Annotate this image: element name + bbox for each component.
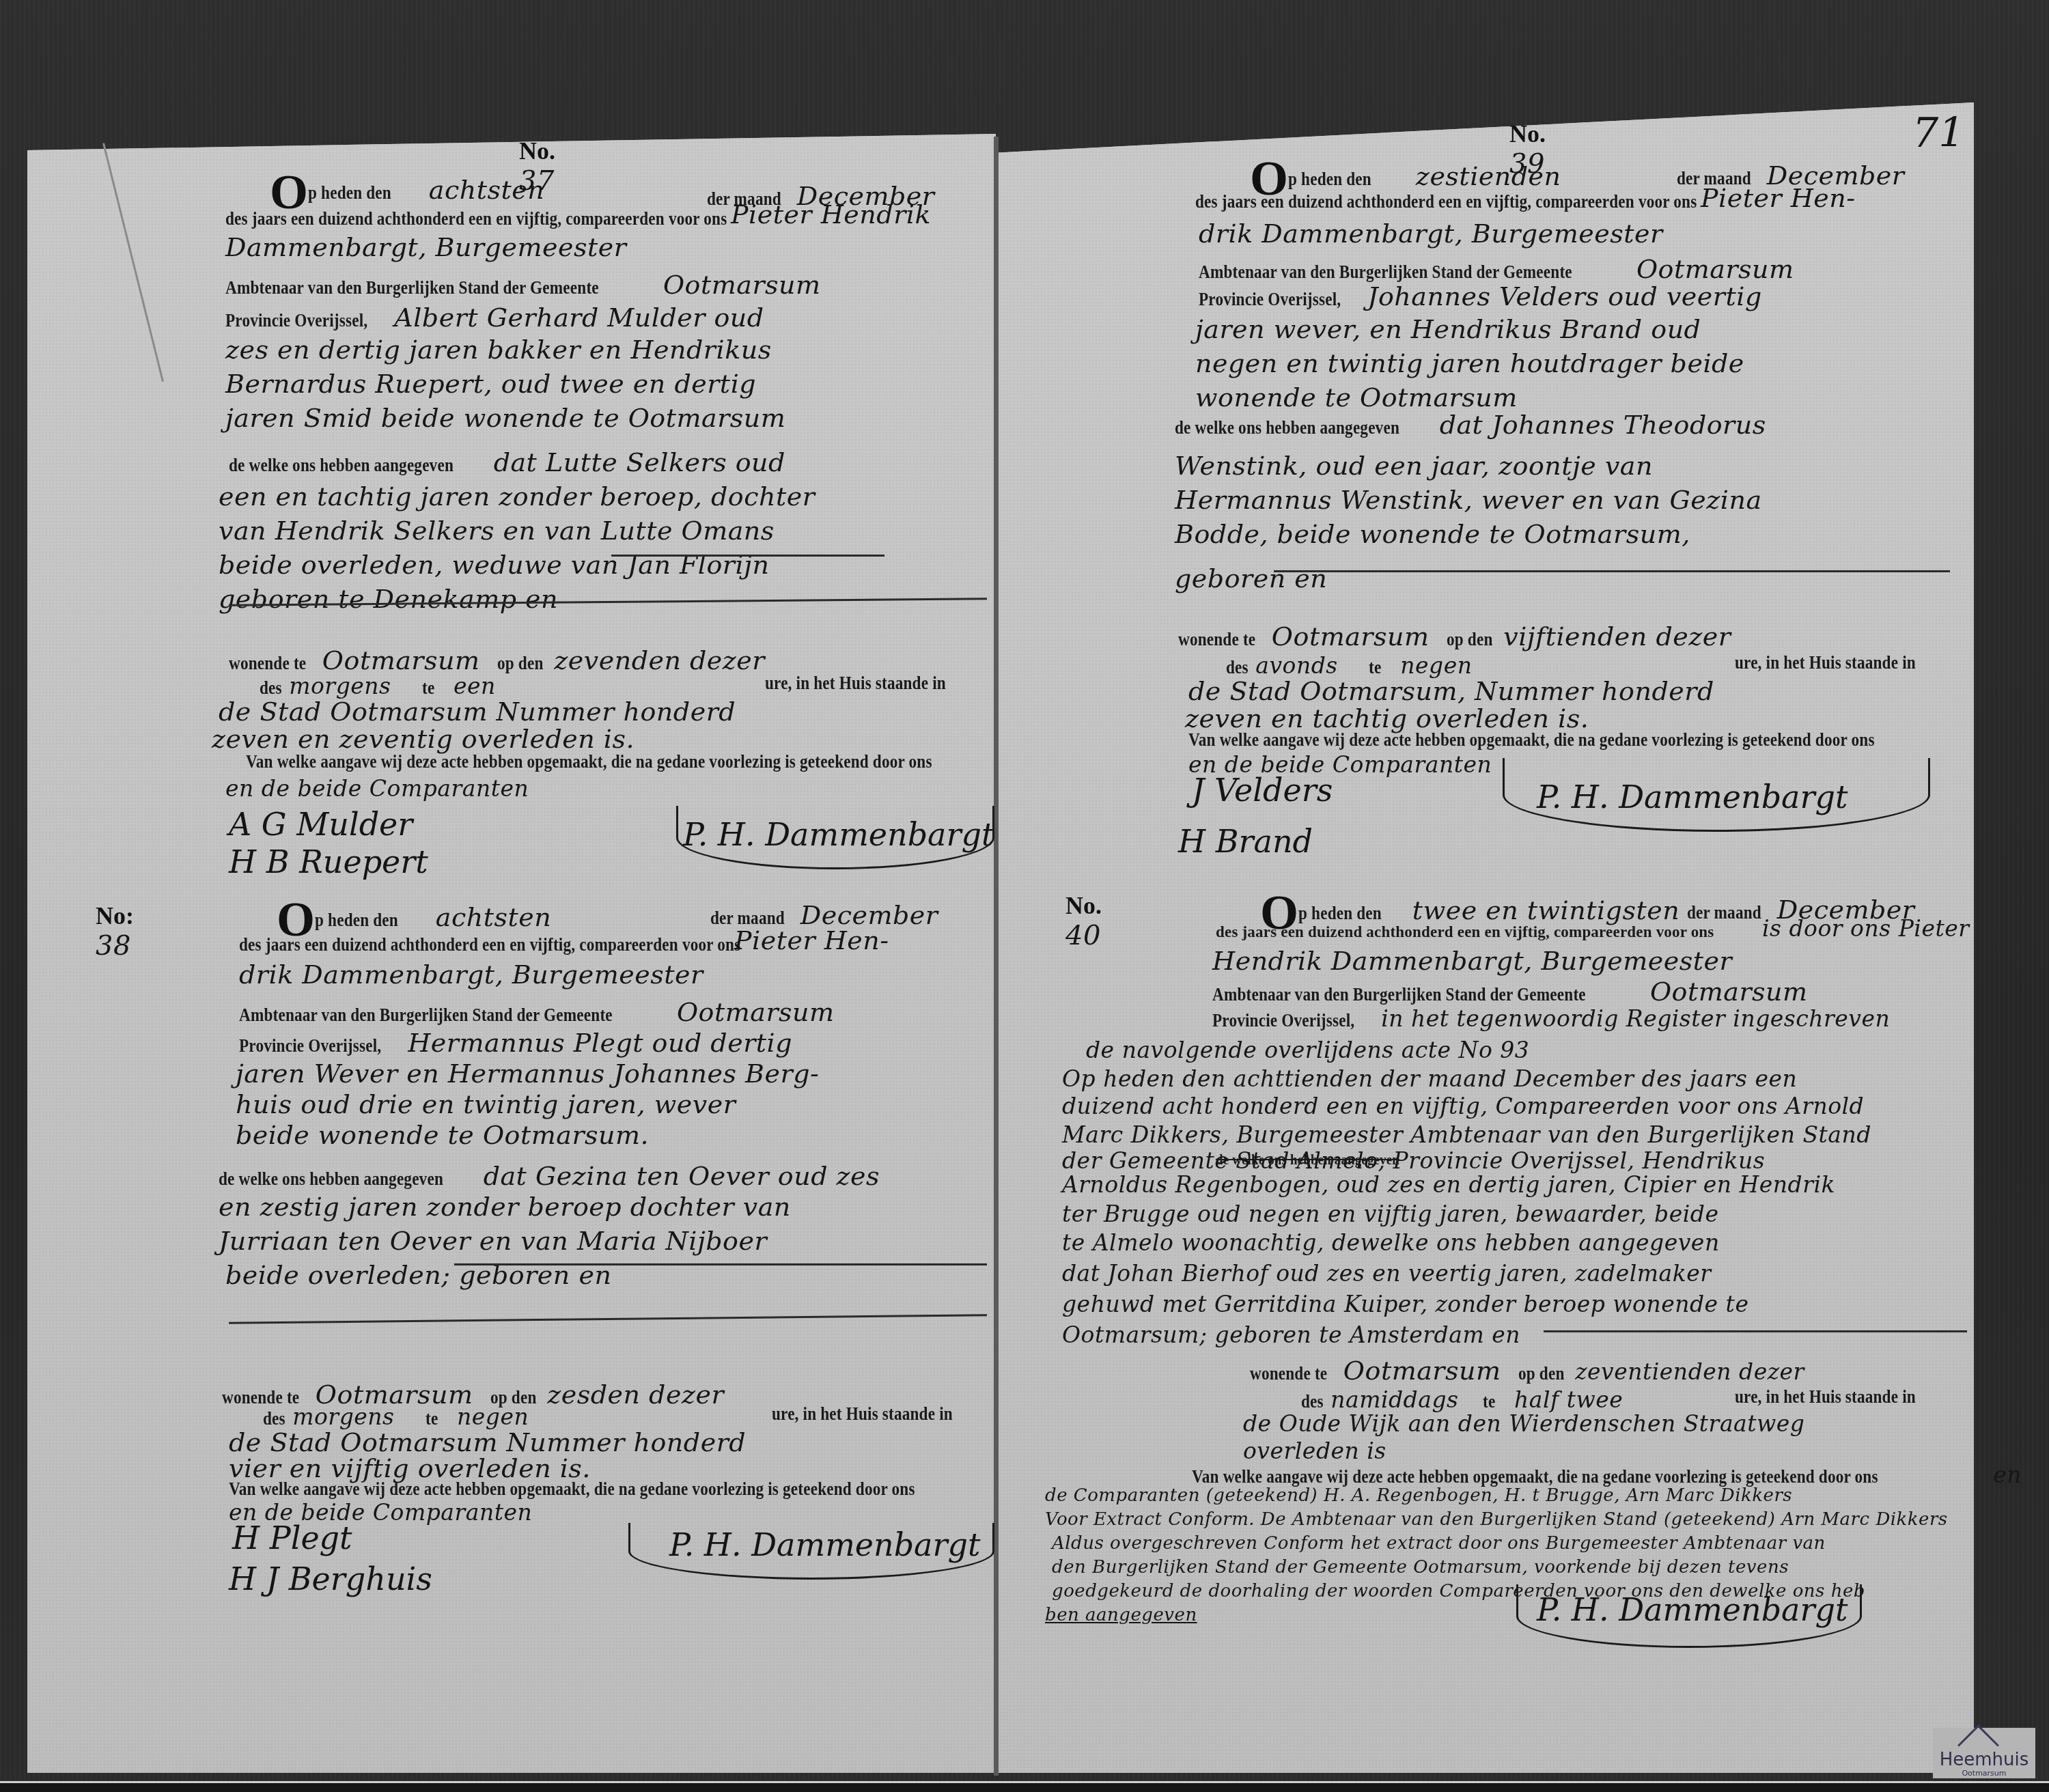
place-line: de Oude Wijk aan den Wierdenschen Straat… <box>1243 1410 1804 1437</box>
van-welke-line: Van welke aangave wij deze acte hebben o… <box>246 751 1044 772</box>
folio-number: 71 <box>1912 109 1964 157</box>
informant-line: wonende te Ootmarsum <box>1195 382 1518 412</box>
scanner-bottom-edge <box>0 1781 2049 1792</box>
deceased-line: en zestig jaren zonder beroep dochter va… <box>219 1192 791 1222</box>
signature-flourish <box>1503 758 1930 832</box>
wonende-line: wonende te Ootmarsum op den zeventienden… <box>1250 1356 1804 1386</box>
time-line: des avonds te negen <box>1226 652 1472 679</box>
transcript-line: Marc Dikkers, Burgemeester Ambtenaar van… <box>1062 1121 1871 1148</box>
place-line: de Stad Ootmarsum Nummer honderd <box>219 697 736 727</box>
des-jaars-line: des jaars een duizend achthonderd een en… <box>1216 923 1714 941</box>
ure-line: ure, in het Huis staande in <box>772 1403 982 1425</box>
des-jaars-line: des jaars een duizend achthonderd een en… <box>1195 191 1779 212</box>
official-name-b: Dammenbargt, Burgemeester <box>225 232 626 262</box>
ure-line: ure, in het Huis staande in <box>1735 1386 1945 1408</box>
time-line: des morgens te negen <box>263 1403 529 1430</box>
transcript-line: ter Brugge oud negen en vijftig jaren, b… <box>1062 1201 1718 1227</box>
informant-line: jaren Smid beide wonende te Ootmarsum <box>225 403 785 433</box>
ambtenaar-line: Ambtenaar van den Burgerlijken Stand der… <box>225 270 821 300</box>
transcript-line: gehuwd met Gerritdina Kuiper, zonder ber… <box>1062 1291 1748 1317</box>
closing-line: ben aangegeven <box>1045 1605 1197 1625</box>
informant-line: negen en twintig jaren houtdrager beide <box>1195 348 1744 378</box>
transcript-line: Op heden den achttienden der maand Decem… <box>1062 1065 1797 1092</box>
deceased-line: van Hendrik Selkers en van Lutte Omans <box>219 516 775 546</box>
provincie-line: Provincie Overijssel, Johannes Velders o… <box>1199 281 1762 311</box>
ambtenaar-line: Ambtenaar van den Burgerlijken Stand der… <box>1199 254 1794 284</box>
official-name-a: Pieter Hen- <box>734 925 889 955</box>
provincie-line: Provincie Overijssel, Hermannus Plegt ou… <box>239 1028 792 1058</box>
van-welke-line: Van welke aangave wij deze acte hebben o… <box>1188 729 1986 751</box>
signature-informant: H B Ruepert <box>229 843 428 880</box>
place-line: de Stad Ootmarsum, Nummer honderd <box>1188 676 1714 706</box>
official-name-b: drik Dammenbargt, Burgemeester <box>239 960 703 990</box>
informant-line: jaren Wever en Hermannus Johannes Berg- <box>236 1059 819 1089</box>
van-welke-line: Van welke aangave wij deze acte hebben o… <box>1192 1461 2022 1488</box>
entry-number: No: 38 <box>96 901 134 962</box>
van-welke-line: Van welke aangave wij deze acte hebben o… <box>229 1479 1027 1500</box>
closing-line: Aldus overgeschreven Conform het extract… <box>1052 1533 1826 1554</box>
time-line: des namiddags te half twee <box>1301 1386 1623 1413</box>
wonende-line: wonende te Ootmarsum op den zevenden dez… <box>229 645 765 675</box>
ambtenaar-line: Ambtenaar van den Burgerlijken Stand der… <box>1212 977 1808 1007</box>
wonende-line: wonende te Ootmarsum op den vijftienden … <box>1178 621 1731 652</box>
informant-line: jaren wever, en Hendrikus Brand oud <box>1195 314 1701 344</box>
closing-line: Voor Extract Conform. De Ambtenaar van d… <box>1045 1509 1948 1530</box>
transcript-line: duizend acht honderd een en vijftig, Com… <box>1062 1093 1864 1119</box>
signature-flourish <box>1516 1584 1862 1648</box>
replacement-text: is door ons Pieter <box>1762 915 1970 942</box>
filler-line <box>454 1263 987 1265</box>
des-jaars-line: des jaars een duizend achthonderd een en… <box>225 208 809 229</box>
deceased-line: Wenstink, oud een jaar, zoontje van <box>1175 451 1653 481</box>
transcript-line: Ootmarsum; geboren te Amsterdam en <box>1062 1321 1520 1348</box>
filler-line <box>611 555 884 557</box>
deceased-line: Bodde, beide wonende te Ootmarsum, <box>1175 519 1690 549</box>
de-welke-line: de welke ons hebben aangegeven dat Lutte… <box>229 447 785 477</box>
informant-line: huis oud drie en twintig jaren, wever <box>236 1089 736 1119</box>
signature-informant: H J Berghuis <box>229 1560 432 1597</box>
transcript-line: te Almelo woonachtig, dewelke ons hebben… <box>1062 1229 1720 1256</box>
signature-informant: J Velders <box>1192 772 1333 809</box>
closing-line: de Comparanten (geteekend) H. A. Regenbo… <box>1045 1485 1792 1506</box>
place-line: overleden is <box>1243 1438 1386 1464</box>
deceased-line: een en tachtig jaren zonder beroep, doch… <box>219 481 815 512</box>
signature-informant: H Plegt <box>232 1520 352 1556</box>
deceased-line: geboren en <box>1175 563 1327 593</box>
signature-flourish <box>628 1523 994 1580</box>
transcript-line: Arnoldus Regenbogen, oud zes en dertig j… <box>1062 1171 1835 1198</box>
place-line: zeven en zeventig overleden is. <box>212 724 635 754</box>
ambtenaar-line: Ambtenaar van den Burgerlijken Stand der… <box>239 997 835 1027</box>
deceased-line: geboren te Denekamp en <box>219 584 558 614</box>
transcript-line: dat Johan Bierhof oud zes en veertig jar… <box>1062 1260 1711 1287</box>
closing-line: en de beide Comparanten <box>225 775 529 802</box>
heemhuis-watermark: Heemhuis Ootmarsum <box>1933 1728 2035 1778</box>
filler-line <box>1544 1330 1967 1332</box>
official-name-b: drik Dammenbargt, Burgemeester <box>1199 219 1663 249</box>
ure-line: ure, in het Huis staande in <box>765 673 975 694</box>
informant-line: Bernardus Ruepert, oud twee en dertig <box>225 369 756 399</box>
transcript-line: de navolgende overlijdens acte No 93 <box>1086 1037 1529 1063</box>
official-name-b: Hendrik Dammenbargt, Burgemeester <box>1212 946 1732 976</box>
time-line: des morgens te een <box>260 673 496 699</box>
signature-informant: H Brand <box>1178 823 1313 860</box>
informant-line: zes en dertig jaren bakker en Hendrikus <box>225 335 772 365</box>
official-name-a: Pieter Hendrik <box>731 199 931 229</box>
deceased-line: Jurriaan ten Oever en van Maria Nijboer <box>219 1226 767 1256</box>
de-welke-line: de welke ons hebben aangegeven dat Johan… <box>1175 410 1766 440</box>
signature-flourish <box>676 806 994 869</box>
book-gutter <box>994 137 999 1776</box>
provincie-line: Provincie Overijssel, Albert Gerhard Mul… <box>225 303 764 333</box>
signature-informant: A G Mulder <box>229 806 413 843</box>
provincie-line: Provincie Overijssel, in het tegenwoordi… <box>1212 1005 1890 1032</box>
closing-line: den Burgerlijken Stand der Gemeente Ootm… <box>1052 1557 1789 1578</box>
official-name-a: Pieter Hen- <box>1701 183 1856 213</box>
entry-number: No. 40 <box>1065 891 1102 951</box>
filler-line <box>1274 570 1950 572</box>
ure-line: ure, in het Huis staande in <box>1735 652 1945 673</box>
informant-line: beide wonende te Ootmarsum. <box>236 1120 649 1150</box>
deceased-line: Hermannus Wenstink, wever en van Gezina <box>1175 485 1762 515</box>
de-welke-line: de welke ons hebben aangegeven dat Gezin… <box>219 1161 880 1191</box>
struck-printed-text: de welke ons hebben aangegeven <box>1216 1151 1430 1168</box>
